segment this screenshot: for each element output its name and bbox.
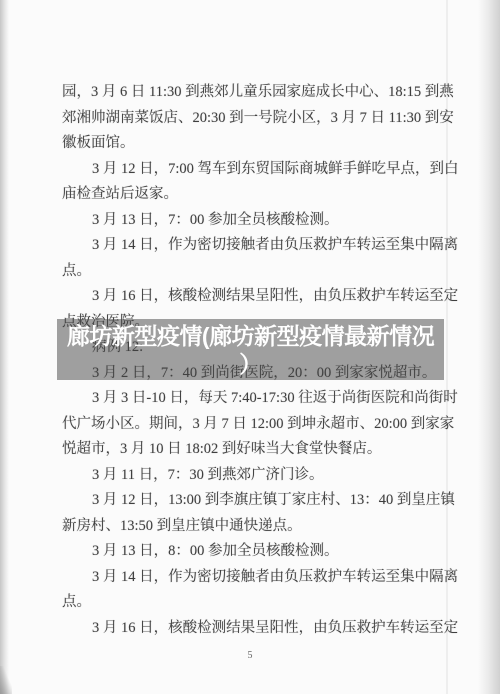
- document-line: 庙检查站后返家。: [62, 182, 458, 208]
- document-line: 3 月 12 日，7:00 驾车到东贸国际商城鲜手鲜吃早点，到白: [62, 157, 458, 183]
- document-photo: 园，3 月 6 日 11:30 到燕郊儿童乐园家庭成长中心、18:15 到燕郊湘…: [0, 0, 500, 694]
- caption-title-line2: ）: [239, 350, 262, 378]
- photo-corner-shadow: [0, 666, 12, 694]
- document-line: 3 月 11 日，7：30 到燕郊广济门诊。: [62, 463, 458, 489]
- document-line: 3 月 13 日，8：00 参加全员核酸检测。: [62, 539, 458, 565]
- document-line: 代广场小区。期间，3 月 7 日 12:00 到坤永超市、20:00 到家家: [62, 412, 458, 438]
- document-line: 徽板面馆。: [62, 131, 458, 157]
- document-line: 点。: [62, 259, 458, 285]
- document-line: 3 月 3 日-10 日，每天 7:40-17:30 往返于尚街医院和尚街时: [62, 386, 458, 412]
- document-line: 3 月 16 日，核酸检测结果呈阳性，由负压救护车转运至定: [62, 616, 458, 642]
- document-line: 3 月 14 日，作为密切接触者由负压救护车转运至集中隔离: [62, 565, 458, 591]
- document-line: 悦超市，3 月 10 日 18:02 到好味当大食堂快餐店。: [62, 437, 458, 463]
- page-number: 5: [0, 650, 500, 661]
- document-line: 园，3 月 6 日 11:30 到燕郊儿童乐园家庭成长中心、18:15 到燕: [62, 80, 458, 106]
- photo-right-edge-shadow: [478, 0, 500, 694]
- photo-left-edge-shadow: [0, 0, 9, 694]
- document-line: 3 月 13 日，7：00 参加全员核酸检测。: [62, 208, 458, 234]
- document-line: 郊湘帅湖南菜饭店、20:30 到一号院小区，3 月 7 日 11:30 到安: [62, 106, 458, 132]
- caption-overlay-band: 廊坊新型疫情(廊坊新型疫情最新情况 ）: [57, 319, 444, 380]
- document-line: 新房村、13:50 到皇庄镇中通快递点。: [62, 514, 458, 540]
- document-line: 3 月 12 日，13:00 到李旗庄镇丁家庄村、13：40 到皇庄镇: [62, 488, 458, 514]
- caption-title-line1: 廊坊新型疫情(廊坊新型疫情最新情况: [67, 322, 434, 350]
- document-line: 3 月 14 日，作为密切接触者由负压救护车转运至集中隔离: [62, 233, 458, 259]
- document-line: 3 月 16 日，核酸检测结果呈阳性，由负压救护车转运至定: [62, 284, 458, 310]
- document-line: 点。: [62, 590, 458, 616]
